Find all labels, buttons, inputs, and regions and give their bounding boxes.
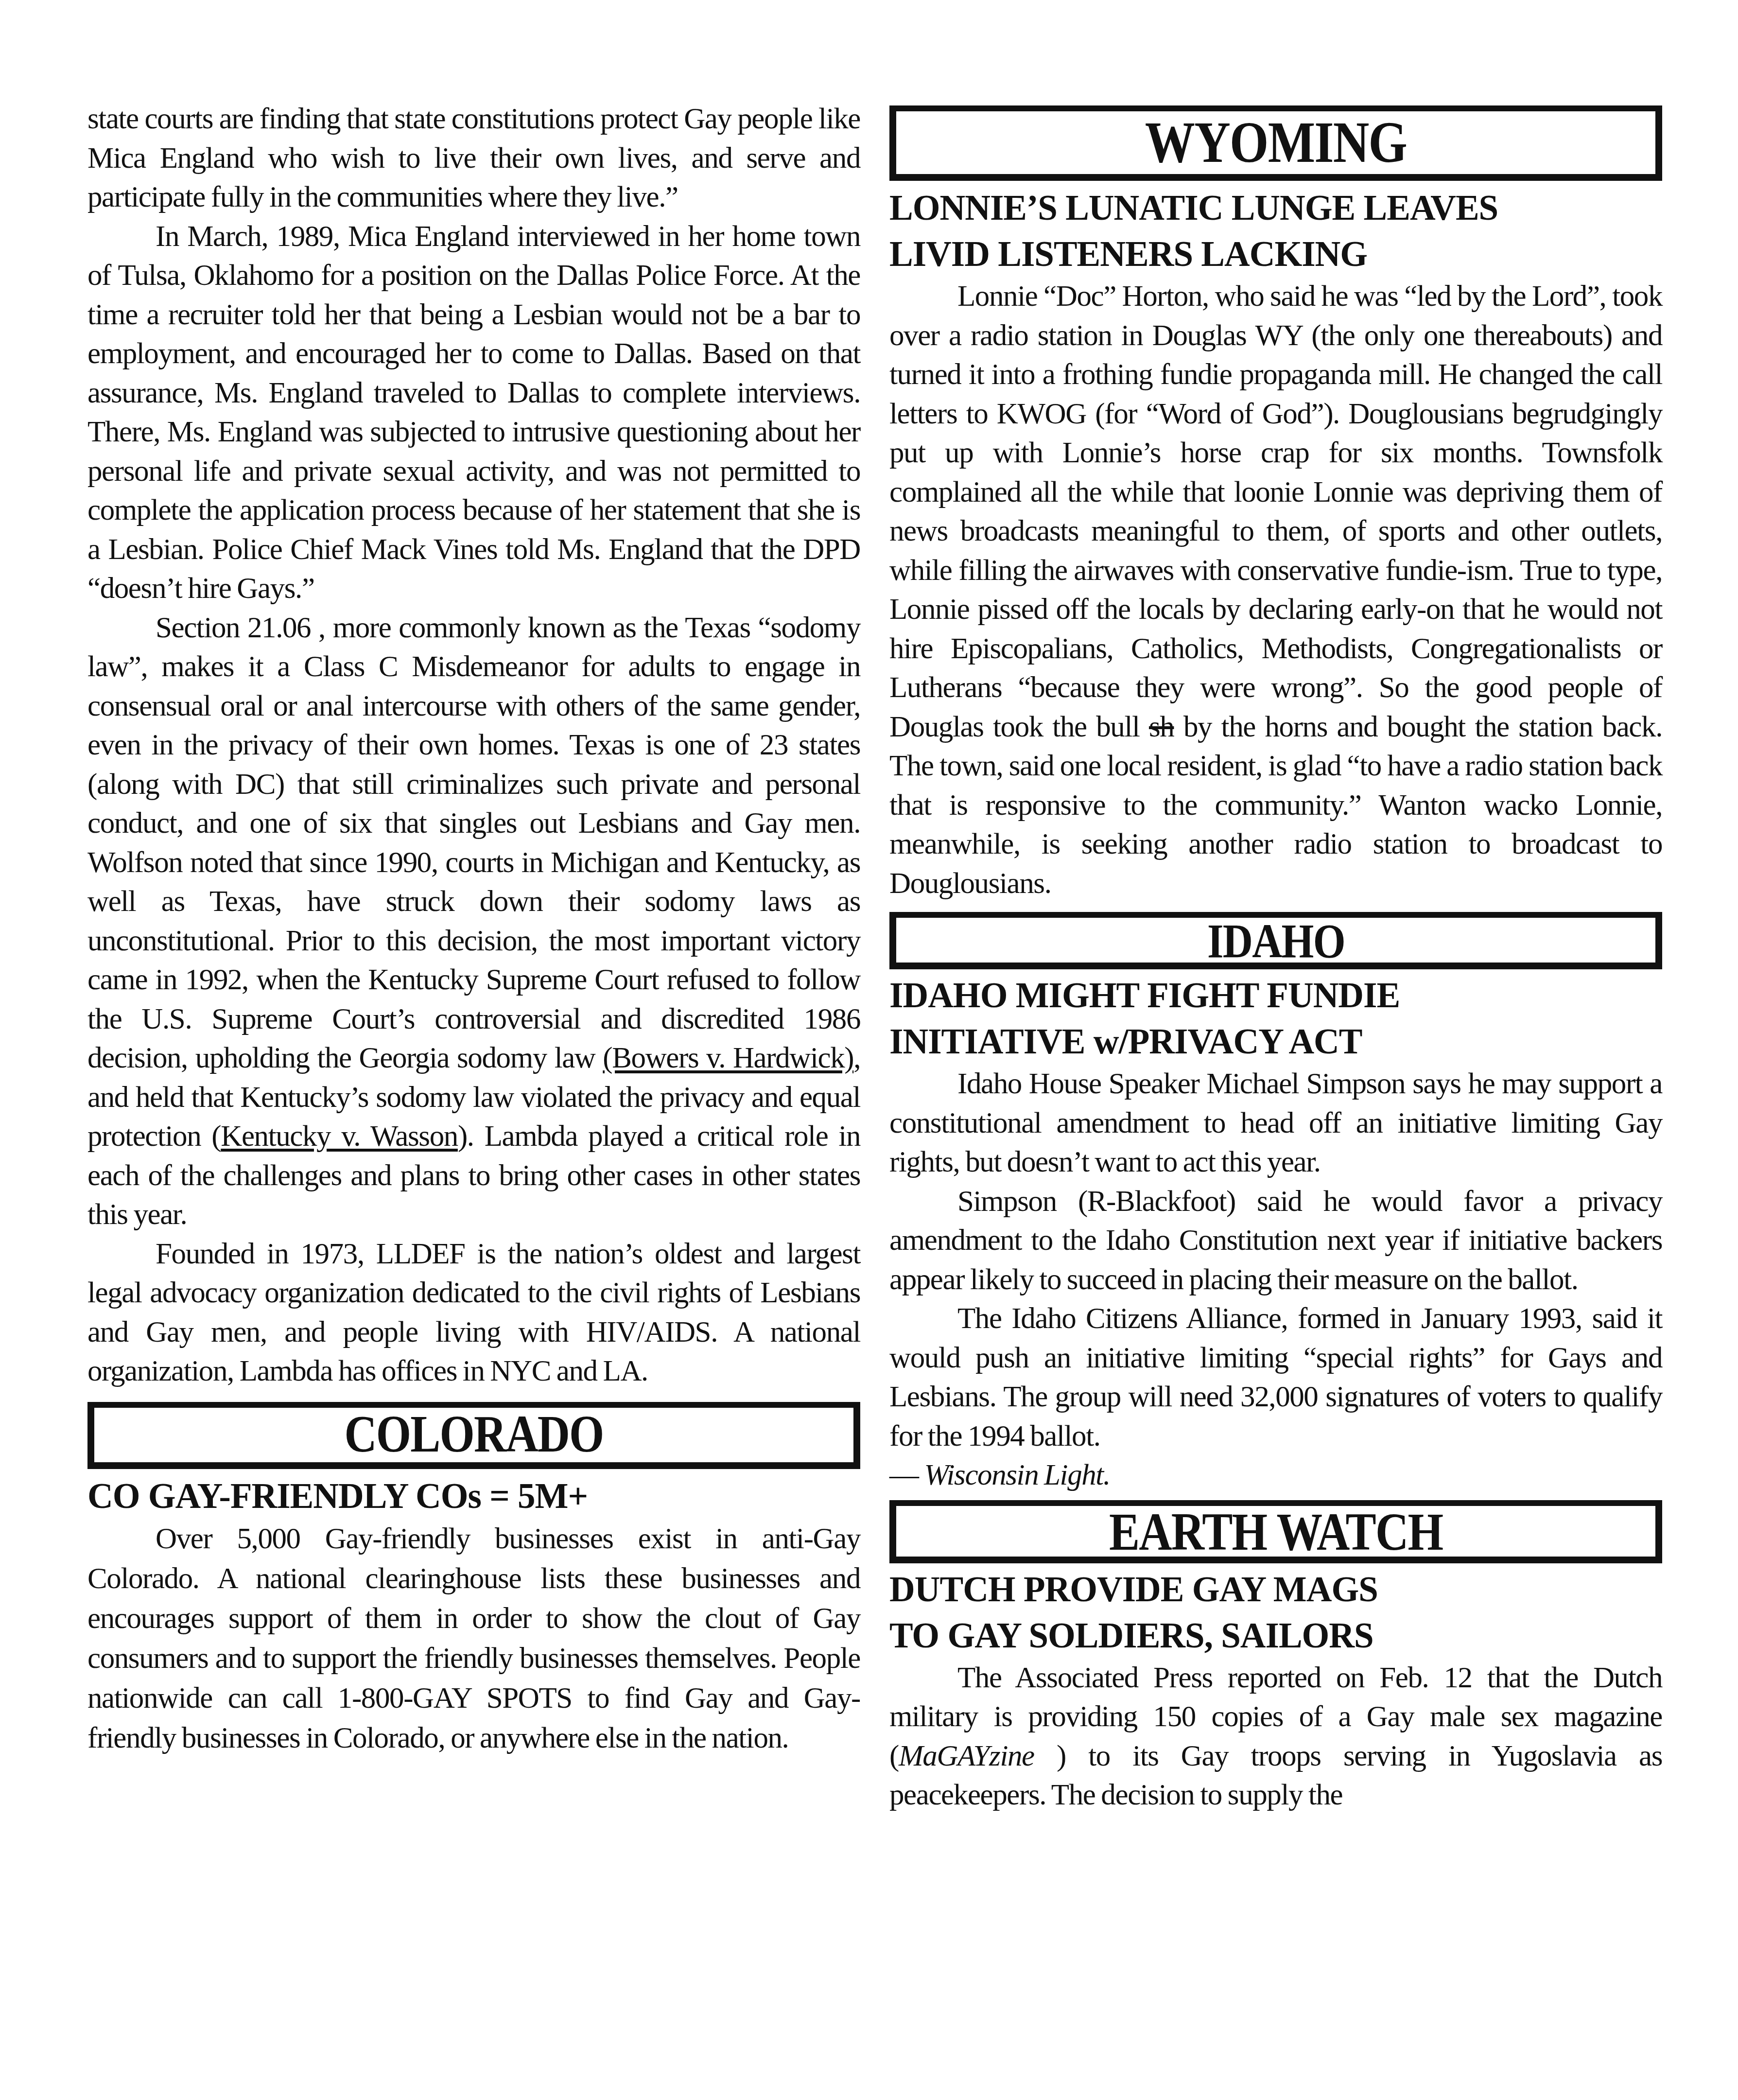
article-paragraph: Section 21.06 , more commonly known as t… <box>87 609 860 1235</box>
headline-earth-watch: DUTCH PROVIDE GAY MAGS <box>889 1566 1662 1612</box>
headline-idaho-line2: INITIATIVE w/PRIVACY ACT <box>889 1018 1662 1065</box>
section-header-earth-watch: EARTH WATCH <box>889 1500 1662 1563</box>
headline-text: CO GAY-FRIENDLY COs = 5M+ <box>87 1473 588 1519</box>
headline-line: LONNIE’S LUNATIC LUNGE LEAVES <box>889 185 1498 231</box>
article-paragraph: In March, 1989, Mica England interviewed… <box>87 217 860 609</box>
article-paragraph: Over 5,000 Gay-friendly businesses exist… <box>87 1519 860 1758</box>
headline-line: IDAHO MIGHT FIGHT FUNDIE <box>889 972 1400 1018</box>
headline-line: DUTCH PROVIDE GAY MAGS <box>889 1566 1378 1612</box>
article-paragraph: Founded in 1973, LLDEF is the nation’s o… <box>87 1235 860 1391</box>
article-paragraph: state courts are finding that state cons… <box>87 100 860 217</box>
struck-text: sh <box>1149 711 1174 743</box>
magazine-title: MaGAYzine <box>899 1740 1034 1772</box>
headline-colorado: CO GAY-FRIENDLY COs = 5M+ <box>87 1473 860 1519</box>
article-paragraph: The Idaho Citizens Alliance, formed in J… <box>889 1299 1662 1456</box>
headline-wyoming-line2: LIVID LISTENERS LACKING <box>889 231 1662 277</box>
case-citation-wasson: Kentucky v. Wasson <box>221 1120 458 1153</box>
paragraph-text: Lonnie “Doc” Horton, who said he was “le… <box>889 280 1662 743</box>
section-title: EARTH WATCH <box>1109 1506 1443 1557</box>
headline-earth-watch-line2: TO GAY SOLDIERS, SAILORS <box>889 1612 1662 1659</box>
headline-wyoming: LONNIE’S LUNATIC LUNGE LEAVES <box>889 185 1662 231</box>
headline-line: LIVID LISTENERS LACKING <box>889 231 1367 277</box>
source-credit: — Wisconsin Light. <box>889 1456 1662 1495</box>
section-header-colorado: COLORADO <box>87 1402 860 1469</box>
paragraph-text: Section 21.06 , more commonly known as t… <box>87 612 860 1075</box>
article-paragraph: Lonnie “Doc” Horton, who said he was “le… <box>889 277 1662 903</box>
section-title: IDAHO <box>1207 918 1345 964</box>
credit-text: Wisconsin Light. <box>924 1459 1110 1491</box>
section-title: WYOMING <box>1145 111 1407 174</box>
section-title: COLORADO <box>344 1408 603 1461</box>
paren: ( <box>211 1120 221 1153</box>
headline-idaho: IDAHO MIGHT FIGHT FUNDIE <box>889 972 1662 1018</box>
right-column: WYOMING LONNIE’S LUNATIC LUNGE LEAVES LI… <box>889 100 1662 1815</box>
left-column: state courts are finding that state cons… <box>87 100 860 1758</box>
headline-line: TO GAY SOLDIERS, SAILORS <box>889 1612 1373 1659</box>
article-paragraph: The Associated Press reported on Feb. 12… <box>889 1659 1662 1815</box>
case-citation-bowers: (Bowers v. Hardwick) <box>603 1042 853 1074</box>
headline-line: INITIATIVE w/PRIVACY ACT <box>889 1018 1362 1065</box>
article-paragraph: Simpson (R-Blackfoot) said he would favo… <box>889 1182 1662 1300</box>
section-header-idaho: IDAHO <box>889 912 1662 969</box>
section-header-wyoming: WYOMING <box>889 105 1662 181</box>
article-paragraph: Idaho House Speaker Michael Simpson says… <box>889 1065 1662 1182</box>
credit-dash: — <box>889 1459 924 1491</box>
